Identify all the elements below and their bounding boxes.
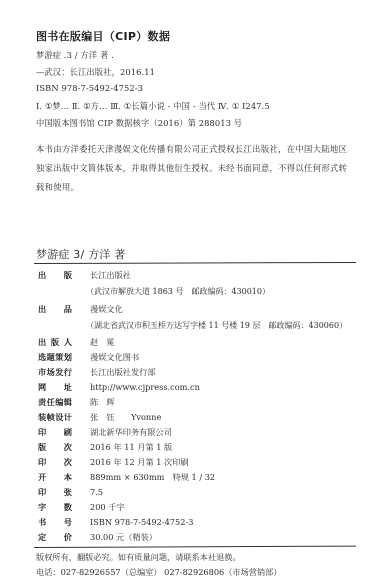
colophon-value: 2016 年 12 月第 1 次印刷 [90, 457, 189, 468]
colophon-value: 7.5 [90, 487, 103, 497]
rights-notice: 版权所有，翻版必究。如有质量问题，请联系本社退换。 [36, 552, 241, 563]
colophon-label: 出版人 [38, 337, 72, 348]
top-divider [34, 262, 356, 264]
colophon-value: 200 千字 [90, 502, 125, 513]
book-title-line: 梦游症 3/ 方洋 著 [36, 246, 125, 262]
colophon-value: 张 钰 Yvonne [90, 412, 161, 423]
colophon-label: 印 次 [38, 457, 72, 468]
colophon-label: 版 次 [38, 442, 72, 453]
colophon-label: 市场发行 [38, 367, 72, 378]
colophon-value: 长江出版社发行部 [90, 367, 156, 378]
cip-line-isbn: ISBN 978-7-5492-4752-3 [36, 83, 143, 93]
colophon-label: 出 品 [38, 304, 72, 315]
colophon-label: 书 号 [38, 517, 72, 528]
colophon-label: 印 刷 [38, 427, 72, 438]
colophon-value: 30.00 元（精装） [90, 532, 157, 543]
colophon-label: 网 址 [38, 382, 72, 393]
cip-line-title: 梦游症 .3 / 方洋 著 . [36, 49, 114, 61]
colophon-value: ISBN 978-7-5492-4752-3 [90, 517, 193, 527]
cip-line-classification: Ⅰ. ①梦… Ⅱ. ①方… Ⅲ. ①长篇小说 - 中国 - 当代 Ⅳ. ① I2… [36, 100, 270, 112]
colophon-value: 赵 冕 [90, 337, 115, 348]
cip-line-publisher: —武汉：长江出版社，2016.11 [36, 66, 155, 78]
authorization-paragraph: 本书由方洋委托天津漫娱文化传播有限公司正式授权长江出版社，在中国大陆地区独家出版… [36, 140, 348, 197]
producer-address: （湖北省武汉市积玉桥万达写字楼 11 号楼 19 层 邮政编码：430060） [86, 320, 347, 331]
bottom-divider [34, 546, 356, 549]
cip-heading: 图书在版编目（CIP）数据 [36, 28, 170, 44]
colophon-label: 装帧设计 [38, 412, 72, 423]
colophon-label: 选题策划 [38, 352, 72, 363]
publisher-address: （武汉市解放大道 1863 号 邮政编码：430010） [86, 286, 270, 297]
colophon-value: 湖北新华印务有限公司 [90, 427, 172, 438]
colophon-label: 开 本 [38, 472, 72, 483]
colophon-value: 889mm × 630mm 特规 1 / 32 [90, 472, 215, 483]
colophon-value: 漫娱文化图书 [90, 352, 139, 363]
colophon-value: 2016 年 11 月第 1 版 [90, 442, 172, 453]
colophon-label: 定 价 [38, 532, 72, 543]
website-link[interactable]: http://www.cjpress.com.cn [90, 382, 200, 392]
colophon-value: 漫娱文化 [90, 304, 123, 315]
colophon-label: 印 张 [38, 487, 72, 498]
colophon-value: 陈 辉 [90, 397, 115, 408]
colophon-label: 字 数 [38, 502, 72, 513]
copyright-page: 图书在版编目（CIP）数据 梦游症 .3 / 方洋 著 . —武汉：长江出版社，… [0, 0, 375, 582]
cip-line-record-number: 中国版本图书馆 CIP 数据核字（2016）第 288013 号 [36, 117, 242, 129]
contact-phones: 电话：027-82926557（总编室） 027-82926806（市场营销部） [36, 567, 282, 578]
colophon-label: 责任编辑 [38, 397, 72, 408]
colophon-value: 长江出版社 [90, 270, 131, 281]
colophon-label: 出 版 [38, 270, 72, 281]
